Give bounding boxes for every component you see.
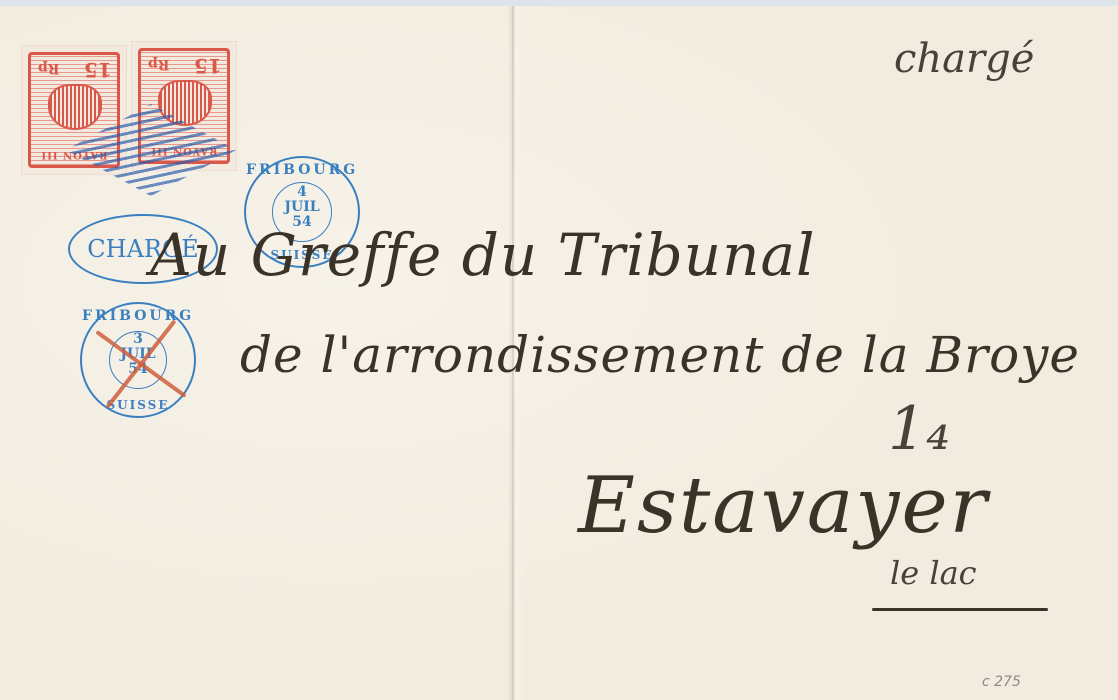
postal-cover: 15 Rp RAYON III 15 Rp RAYON III FRIBOURG… (0, 6, 1118, 700)
destination-sub: le lac (890, 554, 977, 592)
destination-underline (872, 608, 1048, 611)
postmark-country: SUISSE (82, 398, 194, 412)
destination: Estavayer (578, 461, 989, 551)
stamp-value: 15 (84, 58, 112, 82)
postmark-day: 4 (246, 185, 358, 200)
address-line-1: Au Greffe du Tribunal (150, 221, 816, 289)
stamp-unit: Rp (148, 56, 169, 72)
pencil-note: c 275 (982, 674, 1021, 690)
stamp-pair: 15 Rp RAYON III 15 Rp RAYON III (22, 46, 234, 176)
stamp-unit: Rp (38, 60, 59, 76)
handwritten-charge: chargé (894, 36, 1034, 82)
handwritten-mark: 1₄ (888, 394, 950, 464)
postmark-town: FRIBOURG (82, 308, 194, 324)
red-cross-mark-icon (86, 328, 186, 398)
stamp-shield-icon (48, 84, 102, 130)
postmark-month: JUIL (246, 200, 358, 215)
postmark-town: FRIBOURG (246, 162, 358, 178)
stamp-value: 15 (194, 54, 222, 78)
address-line-2: de l'arrondissement de la Broye (240, 326, 1080, 384)
